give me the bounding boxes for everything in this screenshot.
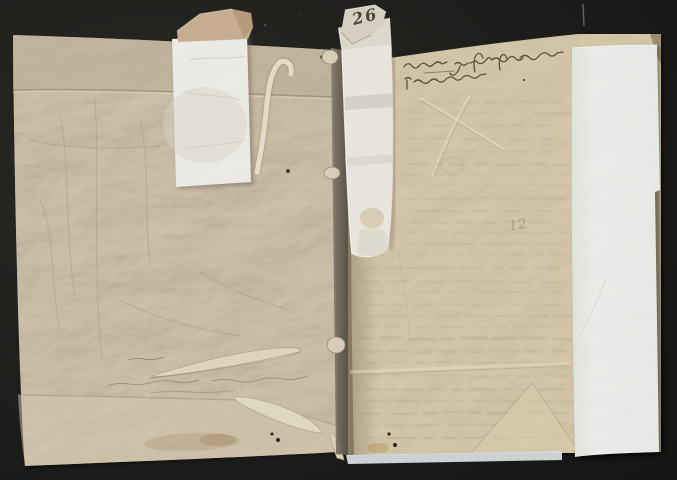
strip-stain [360, 208, 384, 228]
codex-photo [0, 0, 677, 480]
parchment-cover [13, 9, 344, 468]
background-scratch [583, 4, 584, 26]
interleaf-sheet [572, 45, 663, 459]
photo-stage: 26 12 [0, 0, 677, 480]
